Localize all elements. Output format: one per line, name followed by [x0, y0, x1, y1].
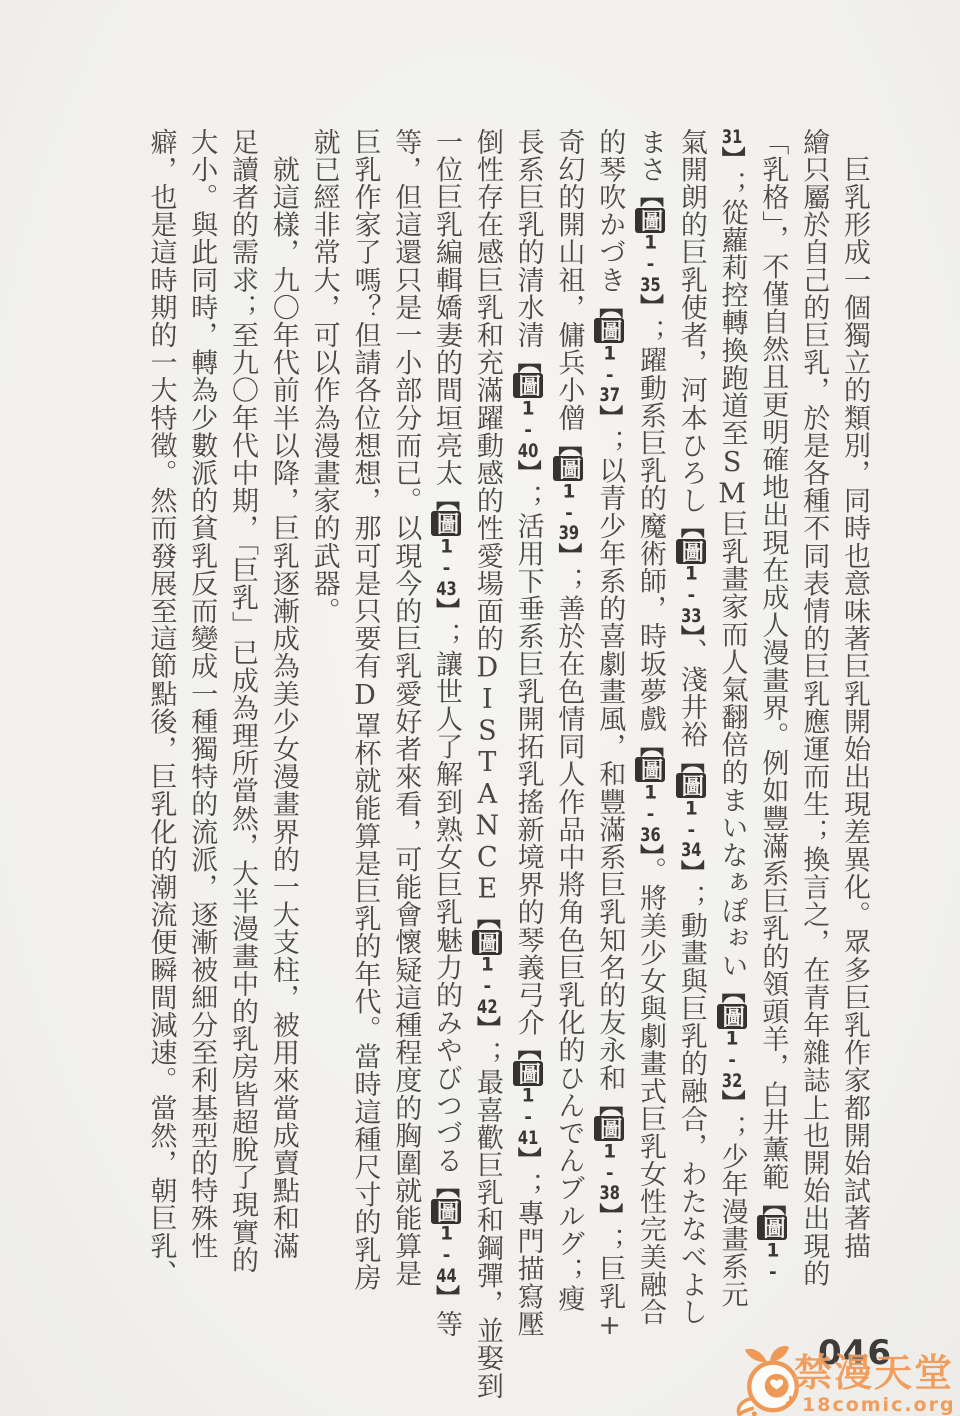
watermark-site-url: 18comic.org: [802, 1394, 956, 1416]
watermark-site-name: 禁漫天堂: [794, 1354, 954, 1392]
text-column: 等，但這還只是一小部分而已。以現今的巨乳愛好者來看，可能會懷疑這種程度的胸圍就能…: [384, 128, 425, 1294]
figure-marker: 【圖1-42】: [473, 905, 501, 1041]
figure-marker: 【圖1-43】: [432, 487, 460, 623]
figure-marker: 【圖1-41】: [514, 1036, 542, 1172]
figure-marker: 【圖1-35】: [636, 183, 664, 319]
scanned-book-page: 巨乳形成一個獨立的類別，同時也意味著巨乳開始出現差異化。眾多巨乳作家都開始試著描…: [0, 0, 960, 1416]
site-watermark: 禁漫天堂 18comic.org: [712, 1338, 960, 1416]
text-column: まさ【圖1-35】；躍動系巨乳的魔術師，時坂夢戲【圖1-36】。將美少女與劇畫式…: [629, 128, 670, 1294]
text-column: 大小。與此同時，轉為少數派的貧乳反而變成一種獨特的流派，逐漸被細分至利基型的特殊…: [180, 128, 221, 1294]
text-column: 巨乳形成一個獨立的類別，同時也意味著巨乳開始出現差異化。眾多巨乳作家都開始試著描: [833, 128, 874, 1294]
text-column: 奇幻的開山祖，傭兵小僧【圖1-39】；善於在色情同人作品中將角色巨乳化的ひんでん…: [548, 128, 589, 1294]
figure-marker: 【圖1-34】: [677, 749, 705, 885]
figure-marker: 【圖1-39】: [554, 432, 582, 568]
figure-marker: 【圖1-44】: [432, 1174, 460, 1310]
page-text: 巨乳形成一個獨立的類別，同時也意味著巨乳開始出現差異化。眾多巨乳作家都開始試著描…: [140, 128, 874, 1294]
text-column: 就已經非常大，可以作為漫畫家的武器。: [303, 128, 344, 1294]
text-column: 巨乳作家了嗎？但請各位想想，那可是只要有D罩杯就能算是巨乳的年代。當時這種尺寸的…: [344, 128, 385, 1294]
text-column: 一位巨乳編輯嬌妻的間垣亮太【圖1-43】；讓世人了解到熟女巨乳魅力的みやびつづる…: [425, 128, 466, 1294]
figure-marker: 【圖1-40】: [514, 349, 542, 485]
text-column: 「乳格」，不僅自然且更明確地出現在成人漫畫界。例如豐滿系巨乳的領頭羊，白井薰範【…: [752, 128, 793, 1294]
figure-marker: 【圖1-: [758, 1191, 786, 1284]
figure-marker: 【圖1-32】: [718, 979, 746, 1115]
text-column: 氣開朗的巨乳使者，河本ひろし【圖1-33】、淺井裕【圖1-34】；動畫與巨乳的融…: [670, 128, 711, 1294]
figure-marker: 【圖1-36】: [636, 733, 664, 857]
figure-marker: 【圖1-38】: [595, 1092, 623, 1228]
figure-marker: 【圖1-37】: [595, 294, 623, 430]
text-column: 31】；從蘿莉控轉換跑道至SM巨乳畫家而人氣翻倍的まいなぁぽぉい【圖1-32】；…: [711, 128, 752, 1294]
text-column: 繪只屬於自己的巨乳，於是各種不同表情的巨乳應運而生；換言之，在青年雜誌上也開始出…: [792, 128, 833, 1294]
figure-marker: 31】: [718, 128, 746, 171]
text-column: 癖，也是這時期的一大特徵。然而發展至這節點後，巨乳化的潮流便瞬間減速。當然，朝巨…: [140, 128, 181, 1294]
figure-marker: 【圖1-33】: [677, 514, 705, 638]
text-column: 就這樣，九〇年代前半以降，巨乳逐漸成為美少女漫畫界的一大支柱，被用來當成賣點和滿: [262, 128, 303, 1294]
text-column: 的琴吹かづき【圖1-37】；以青少年系的喜劇畫風，和豐滿系巨乳知名的友永和【圖1…: [588, 128, 629, 1294]
text-column: 足讀者的需求；至九〇年代中期，「巨乳」已成為理所當然，大半漫畫中的乳房皆超脫了現…: [221, 128, 262, 1294]
text-column: 倒性存在感巨乳和充滿躍動感的性愛場面的DISTANCE【圖1-42】；最喜歡巨乳…: [466, 128, 507, 1294]
text-column: 長系巨乳的清水清【圖1-40】；活用下垂系巨乳開拓乳搖新境界的琴義弓介【圖1-4…: [507, 128, 548, 1294]
